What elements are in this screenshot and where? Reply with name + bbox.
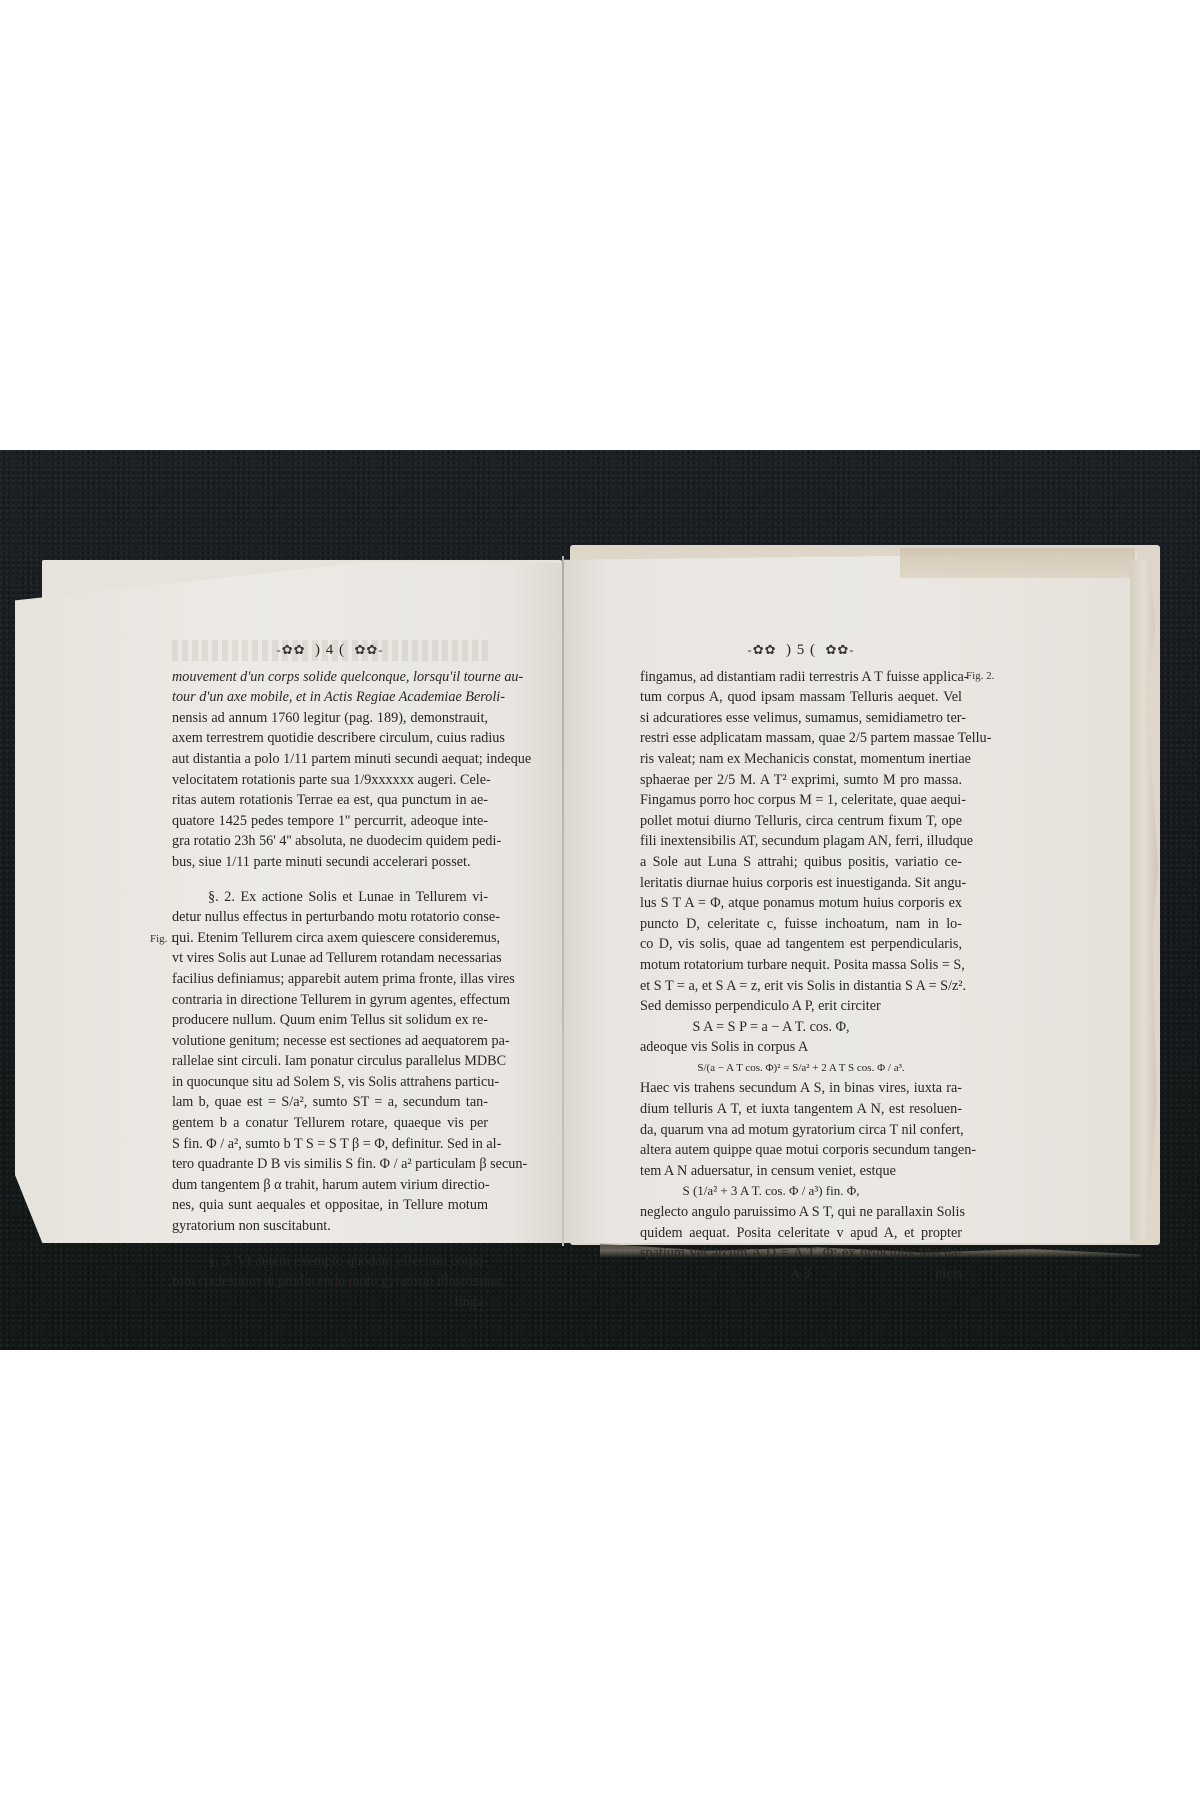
- ornament-right-icon: ✿✿-: [826, 642, 855, 657]
- right-page-text: -✿✿ ) 5 ( ✿✿- fingamus, ad distantiam ra…: [640, 640, 962, 1284]
- text-line: quatore 1425 pedes tempore 1'' percurrit…: [172, 811, 488, 832]
- book-gutter: [562, 556, 564, 1246]
- text-line: qui. Etenim Tellurem circa axem quiescer…: [172, 928, 488, 949]
- text-line: volutione genitum; necesse est sectiones…: [172, 1031, 488, 1052]
- right-paragraph-2: Haec vis trahens secundum A S, in binas …: [640, 1078, 962, 1181]
- catchword: nicis: [935, 1264, 962, 1285]
- text-line: dium telluris A T, et iuxta tangentem A …: [640, 1099, 962, 1120]
- text-line: lam b, quae est = S/a², sumto ST = a, se…: [172, 1092, 488, 1113]
- text-line: axem terrestrem quotidie describere circ…: [172, 728, 488, 749]
- margin-note-fig1: Fig. 1.: [150, 933, 178, 945]
- text-line: sphaerae per 2/5 M. A T² exprimi, sumto …: [640, 770, 962, 791]
- text-line: bus, siue 1/11 parte minuti secundi acce…: [172, 852, 488, 873]
- left-section-2: §. 2. Ex actione Solis et Lunae in Tellu…: [172, 887, 488, 1237]
- text-line: lus S T A = Φ, atque ponamus motum huius…: [640, 893, 962, 914]
- text-line: §. 3. Vt autem exemplo quodam effectum c…: [172, 1251, 488, 1272]
- text-line: rum coelestium in producendo motu gyrato…: [172, 1271, 488, 1292]
- text-line: spatium vel arcum A D = A T. Φ; ex princ…: [640, 1243, 962, 1264]
- page-number: ) 5 (: [786, 642, 816, 658]
- text-line: aut distantia a polo 1/11 partem minuti …: [172, 749, 488, 770]
- formula-2: S/(a − A T cos. Φ)² = S/a² + 2 A T S cos…: [640, 1058, 962, 1079]
- text-line: contraria in directione Tellurem in gyru…: [172, 990, 488, 1011]
- right-paragraph-1: fingamus, ad distantiam radii terrestris…: [640, 667, 962, 1017]
- text-line: §. 2. Ex actione Solis et Lunae in Tellu…: [172, 887, 488, 908]
- right-paragraph-3: neglecto angulo paruissimo A S T, qui ne…: [640, 1202, 962, 1264]
- formula-3: S (1/a² + 3 A T. cos. Φ / a³) fin. Φ,: [640, 1181, 962, 1202]
- text-line: Fingamus porro hoc corpus M = 1, celerit…: [640, 790, 962, 811]
- text-line: restri esse adplicatam massam, quae 2/5 …: [640, 728, 962, 749]
- text-line: mouvement d'un corps solide quelconque, …: [172, 667, 488, 688]
- ornament-left-icon: -✿✿: [747, 642, 776, 657]
- text-line: puncto D, celeritate c, fuisse inchoatum…: [640, 914, 962, 935]
- text-line: nensis ad annum 1760 legitur (pag. 189),…: [172, 708, 488, 729]
- ornament-left-icon: -✿✿: [276, 642, 305, 657]
- left-page-text: -✿✿ ) 4 ( ✿✿- mouvement d'un corps solid…: [172, 640, 488, 1312]
- text-line: gyratorium non suscitabunt.: [172, 1216, 488, 1237]
- text-line: tem A N aduersatur, in censum veniet, es…: [640, 1161, 962, 1182]
- text-line: Haec vis trahens secundum A S, in binas …: [640, 1078, 962, 1099]
- right-running-head: -✿✿ ) 5 ( ✿✿-: [640, 640, 962, 661]
- text-line: vt vires Solis aut Lunae ad Tellurem rot…: [172, 948, 488, 969]
- text-line: a Sole aut Luna S attrahi; quibus positi…: [640, 852, 962, 873]
- text-line: dum tangentem β α trahit, harum autem vi…: [172, 1175, 488, 1196]
- left-running-head: -✿✿ ) 4 ( ✿✿-: [172, 640, 488, 661]
- text-line: rallelae sint circuli. Iam ponatur circu…: [172, 1051, 488, 1072]
- text-line: velocitatem rotationis parte sua 1/9xxxx…: [172, 770, 488, 791]
- text-line: ris valeat; nam ex Mechanicis constat, m…: [640, 749, 962, 770]
- text-line: producere nullum. Quum enim Tellus sit s…: [172, 1010, 488, 1031]
- text-line: gentem b a conatur Tellurem rotare, quae…: [172, 1113, 488, 1134]
- text-line: motum rotatorium turbare nequit. Posita …: [640, 955, 962, 976]
- text-line: fingamus, ad distantiam radii terrestris…: [640, 667, 962, 688]
- text-line: facilius definiamus; apparebit autem pri…: [172, 969, 488, 990]
- formula-1: S A = S P = a − A T. cos. Φ,: [640, 1017, 962, 1038]
- text-line: quidem aequat. Posita celeritate v apud …: [640, 1223, 962, 1244]
- text-line: fili inextensibilis AT, secundum plagam …: [640, 831, 962, 852]
- signature-line: A 3 nicis: [640, 1264, 962, 1285]
- stained-top-edge: [900, 548, 1135, 578]
- formula-intro: adeoque vis Solis in corpus A: [640, 1037, 962, 1058]
- text-line: nes, quia sunt aequales et oppositae, in…: [172, 1195, 488, 1216]
- ornament-right-icon: ✿✿-: [355, 642, 384, 657]
- page-number: ) 4 (: [315, 642, 345, 658]
- text-line: tero quadrante D B vis similis S fin. Φ …: [172, 1154, 488, 1175]
- text-line: pollet motui diurno Telluris, circa cent…: [640, 811, 962, 832]
- signature-mark: A 3: [790, 1264, 810, 1285]
- text-line: si adcuratiores esse velimus, sumamus, s…: [640, 708, 962, 729]
- text-line: Sed demisso perpendiculo A P, erit circi…: [640, 996, 962, 1017]
- text-line: leritatis diurnae huius corporis est inu…: [640, 873, 962, 894]
- text-line: da, quarum vna ad motum gyratorium circa…: [640, 1120, 962, 1141]
- text-line: gra rotatio 23h 56' 4'' absoluta, ne duo…: [172, 831, 488, 852]
- left-section-3: §. 3. Vt autem exemplo quodam effectum c…: [172, 1251, 488, 1292]
- left-paragraph-1: mouvement d'un corps solide quelconque, …: [172, 667, 488, 873]
- text-line: tum corpus A, quod ipsam massam Telluris…: [640, 687, 962, 708]
- text-line: co D, vis solis, quae ad tangentem est p…: [640, 934, 962, 955]
- text-line: ritas autem rotationis Terrae ea est, qu…: [172, 790, 488, 811]
- text-line: altera autem quippe quae motui corporis …: [640, 1140, 962, 1161]
- text-line: S fin. Φ / a², sumto b T S = S T β = Φ, …: [172, 1134, 488, 1155]
- catchword: finga-: [172, 1292, 488, 1313]
- margin-note-fig2: Fig. 2.: [966, 670, 994, 682]
- text-line: detur nullus effectus in perturbando mot…: [172, 907, 488, 928]
- text-line: neglecto angulo paruissimo A S T, qui ne…: [640, 1202, 962, 1223]
- text-line: in quocunque situ ad Solem S, vis Solis …: [172, 1072, 488, 1093]
- text-line: et S T = a, et S A = z, erit vis Solis i…: [640, 976, 962, 997]
- text-line: tour d'un axe mobile, et in Actis Regiae…: [172, 687, 488, 708]
